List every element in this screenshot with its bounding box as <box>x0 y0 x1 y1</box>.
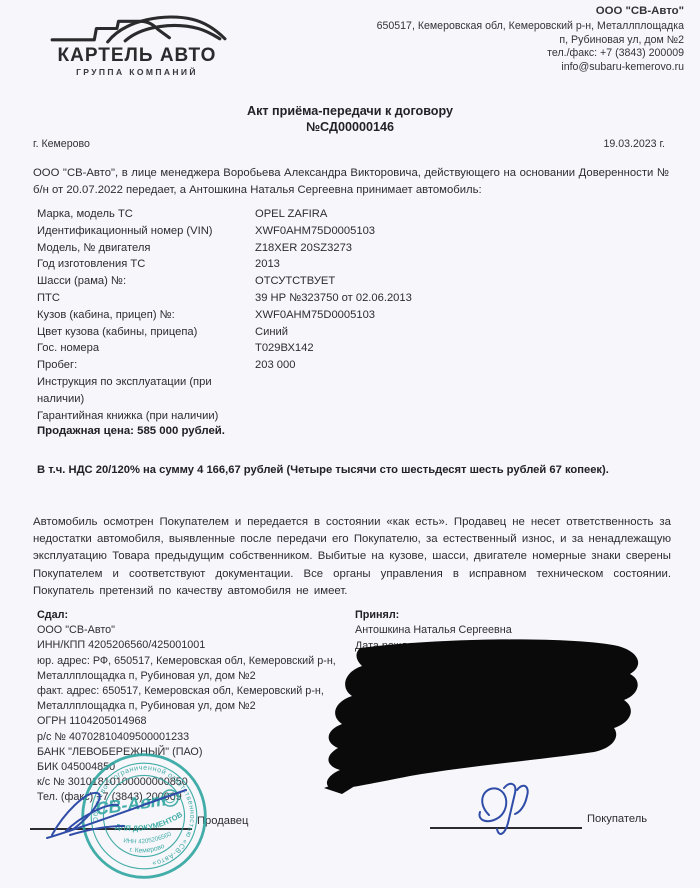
row-value: XWF0AHM75D0005103 <box>255 223 647 240</box>
table-row: Пробег: 203 000 <box>37 357 647 374</box>
company-address-line2: п, Рубиновая ул, дом №2 <box>377 34 684 47</box>
table-row: Модель, № двигателя Z18XER 20SZ3273 <box>37 240 647 257</box>
buyer-sign-label: Покупатель <box>587 813 647 825</box>
row-value: 2013 <box>255 256 647 273</box>
company-name: ООО "СВ-Авто" <box>377 5 684 18</box>
seller-requisite-line: Металлплощадка п, Рубиновая ул, дом №2 <box>37 669 355 684</box>
table-row: Гарантийная книжка (при наличии) <box>37 408 647 425</box>
seller-requisite-line: Металлплощадка п, Рубиновая ул, дом №2 <box>37 699 355 714</box>
seller-signature <box>42 781 194 843</box>
document-number: №СД00000146 <box>0 120 700 136</box>
row-label: Год изготовления ТС <box>37 256 255 273</box>
row-label: Пробег: <box>37 357 255 374</box>
table-row: Шасси (рама) №: ОТСУТСТВУЕТ <box>37 273 647 290</box>
buyer-heading: Принял: <box>355 608 655 623</box>
row-value: 39 НР №323750 от 02.06.2013 <box>255 290 647 307</box>
row-value: OPEL ZAFIRA <box>255 206 647 223</box>
intro-paragraph: ООО "СВ-Авто", в лице менеджера Воробьев… <box>33 165 669 198</box>
document-city: г. Кемерово <box>33 138 90 150</box>
seller-requisite-line: ИНН/КПП 4205206560/425001001 <box>37 638 355 653</box>
document-date: 19.03.2023 г. <box>604 138 665 150</box>
table-row: ПТС 39 НР №323750 от 02.06.2013 <box>37 290 647 307</box>
row-label: Гарантийная книжка (при наличии) <box>37 408 255 425</box>
row-value: Z18XER 20SZ3273 <box>255 240 647 257</box>
car-silhouette-icon <box>47 10 227 46</box>
row-value: ОТСУТСТВУЕТ <box>255 273 647 290</box>
row-value <box>255 374 647 408</box>
document-title: Акт приёма-передачи к договору №СД000001… <box>0 104 700 135</box>
row-value: Т029ВХ142 <box>255 340 647 357</box>
seller-heading: Сдал: <box>37 608 355 623</box>
vat-line: В т.ч. НДС 20/120% на сумму 4 166,67 руб… <box>37 464 677 476</box>
table-row: Год изготовления ТС 2013 <box>37 256 647 273</box>
seller-requisite-line: юр. адрес: РФ, 650517, Кемеровская обл, … <box>37 654 355 669</box>
table-row: Инструкция по эксплуатации (при наличии) <box>37 374 647 408</box>
row-label: Цвет кузова (кабины, прицепа) <box>37 324 255 341</box>
meta-row: г. Кемерово 19.03.2023 г. <box>33 138 665 150</box>
seller-requisite-line: р/с № 40702810409500001233 <box>37 730 355 745</box>
redaction-mark <box>318 636 648 794</box>
company-address-line1: 650517, Кемеровская обл, Кемеровский р-н… <box>377 20 684 33</box>
company-phone: тел./факс: +7 (3843) 200009 <box>377 47 684 60</box>
row-label: Марка, модель ТС <box>37 206 255 223</box>
logo-title: КАРТЕЛЬ АВТО <box>42 46 232 65</box>
vehicle-details-table: Марка, модель ТС OPEL ZAFIRA Идентификац… <box>37 206 647 424</box>
row-label: ПТС <box>37 290 255 307</box>
table-row: Кузов (кабина, прицеп) №: XWF0AHM75D0005… <box>37 307 647 324</box>
company-email: info@subaru-kemerovo.ru <box>377 61 684 74</box>
document-page: КАРТЕЛЬ АВТО ГРУППА КОМПАНИЙ ООО "СВ-Авт… <box>0 0 700 888</box>
row-label: Шасси (рама) №: <box>37 273 255 290</box>
company-requisites: ООО "СВ-Авто" 650517, Кемеровская обл, К… <box>377 5 684 74</box>
seller-requisite-line: ООО "СВ-Авто" <box>37 623 355 638</box>
condition-paragraph: Автомобиль осмотрен Покупателем и переда… <box>33 514 671 600</box>
row-label: Модель, № двигателя <box>37 240 255 257</box>
logo-subtitle: ГРУППА КОМПАНИЙ <box>42 67 232 77</box>
table-row: Гос. номера Т029ВХ142 <box>37 340 647 357</box>
table-row: Цвет кузова (кабины, прицепа) Синий <box>37 324 647 341</box>
row-label: Кузов (кабина, прицеп) №: <box>37 307 255 324</box>
row-value <box>255 408 647 425</box>
row-value: 203 000 <box>255 357 647 374</box>
row-label: Идентификационный номер (VIN) <box>37 223 255 240</box>
row-value: Синий <box>255 324 647 341</box>
seller-requisite-line: ОГРН 1104205014968 <box>37 714 355 729</box>
table-row: Марка, модель ТС OPEL ZAFIRA <box>37 206 647 223</box>
row-label: Инструкция по эксплуатации (при наличии) <box>37 374 255 408</box>
table-row: Идентификационный номер (VIN) XWF0AHM75D… <box>37 223 647 240</box>
logo: КАРТЕЛЬ АВТО ГРУППА КОМПАНИЙ <box>42 10 232 77</box>
seller-requisite-line: факт. адрес: 650517, Кемеровская обл, Ке… <box>37 684 355 699</box>
sale-price: Продажная цена: 585 000 рублей. <box>37 425 225 437</box>
row-label: Гос. номера <box>37 340 255 357</box>
row-value: XWF0AHM75D0005103 <box>255 307 647 324</box>
document-title-line1: Акт приёма-передачи к договору <box>0 104 700 120</box>
